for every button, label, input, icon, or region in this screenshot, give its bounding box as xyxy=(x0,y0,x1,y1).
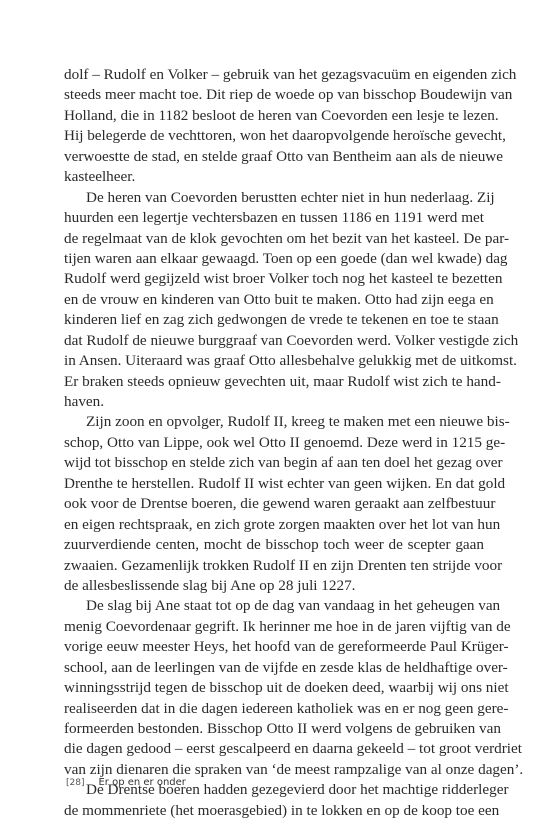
text-line: in Ansen. Uiteraard was graaf Otto alles… xyxy=(64,351,484,371)
text-line: vorige eeuw meester Heys, het hoofd van … xyxy=(64,637,484,657)
text-line: formeerden bestonden. Bisschop Otto II w… xyxy=(64,719,484,739)
text-line: zwaaien. Gezamenlijk trokken Rudolf II e… xyxy=(64,556,484,576)
text-line: en de vrouw en kinderen van Otto buit te… xyxy=(64,290,484,310)
text-line: de mommenriete (het moerasgebied) in te … xyxy=(64,801,484,821)
body-text: dolf – Rudolf en Volker – gebruik van he… xyxy=(64,65,484,821)
text-line: Hij belegerde de vechttoren, won het daa… xyxy=(64,126,484,146)
text-line: Rudolf werd gegijzeld wist broer Volker … xyxy=(64,269,484,289)
text-line: steeds meer macht toe. Dit riep de woede… xyxy=(64,85,484,105)
paragraph: Zijn zoon en opvolger, Rudolf II, kreeg … xyxy=(64,412,484,596)
text-line: Zijn zoon en opvolger, Rudolf II, kreeg … xyxy=(64,412,484,432)
text-line: Er braken steeds opnieuw gevechten uit, … xyxy=(64,372,484,392)
text-line: tijen waren aan elkaar gewaagd. Toen op … xyxy=(64,249,484,269)
paragraph: De slag bij Ane staat tot op de dag van … xyxy=(64,596,484,780)
text-line: zuurverdiende centen, mocht de bisschop … xyxy=(64,535,484,555)
page-number: [28] xyxy=(66,778,84,788)
text-line: De slag bij Ane staat tot op de dag van … xyxy=(64,596,484,616)
text-line: die dagen gedood – eerst gescalpeerd en … xyxy=(64,739,484,759)
text-line: menig Coevordenaar gegrift. Ik herinner … xyxy=(64,617,484,637)
text-line: realiseerden dat in die dagen iedereen k… xyxy=(64,699,484,719)
text-line: haven. xyxy=(64,392,484,412)
text-line: kasteelheer. xyxy=(64,167,484,187)
text-line: verwoestte de stad, en stelde graaf Otto… xyxy=(64,147,484,167)
text-line: De heren van Coevorden berustten echter … xyxy=(64,188,484,208)
text-line: huurden een legertje vechtersbazen en tu… xyxy=(64,208,484,228)
text-line: ook voor de Drentse boeren, die gewend w… xyxy=(64,494,484,514)
paragraph: De heren van Coevorden berustten echter … xyxy=(64,188,484,413)
text-line: winningsstrijd tegen de bisschop uit de … xyxy=(64,678,484,698)
text-line: en eigen rechtspraak, en zich grote zorg… xyxy=(64,515,484,535)
text-line: de regelmaat van de klok gevochten om he… xyxy=(64,229,484,249)
text-line: de allesbeslissende slag bij Ane op 28 j… xyxy=(64,576,484,596)
text-line: Holland, die in 1182 besloot de heren va… xyxy=(64,106,484,126)
text-line: dat Rudolf de nieuwe burggraaf van Coevo… xyxy=(64,331,484,351)
text-line: schop, Otto van Lippe, ook wel Otto II g… xyxy=(64,433,484,453)
text-line: dolf – Rudolf en Volker – gebruik van he… xyxy=(64,65,484,85)
text-line: school, aan de leerlingen van de vijfde … xyxy=(64,658,484,678)
text-line: kinderen lief en zag zich gedwongen de v… xyxy=(64,310,484,330)
page-footer: [28] Er op en er onder xyxy=(66,777,186,788)
running-title: Er op en er onder xyxy=(98,777,185,788)
text-line: wijd tot bisschop en stelde zich van beg… xyxy=(64,453,484,473)
text-line: Drenthe te herstellen. Rudolf II wist ec… xyxy=(64,474,484,494)
paragraph: dolf – Rudolf en Volker – gebruik van he… xyxy=(64,65,484,188)
